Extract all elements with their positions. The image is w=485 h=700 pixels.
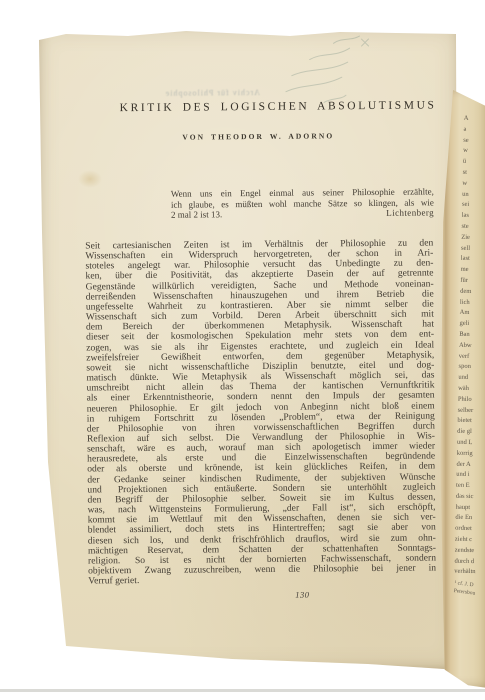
article-author: VON THEODOR W. ADORNO xyxy=(80,130,436,142)
article-body: Seit cartesianischen Zeiten ist im Verhä… xyxy=(85,238,436,586)
book-photo: Archiv für Philosophie KRITIK DES LOGISC… xyxy=(0,0,485,700)
epigraph: Wenn uns ein Engel einmal aus seiner Phi… xyxy=(171,186,434,220)
book-page: Archiv für Philosophie KRITIK DES LOGISC… xyxy=(36,28,458,670)
page-number: 130 xyxy=(124,588,480,601)
next-page-text-fragments: A a se w ü st w un sei las ste Zie sell … xyxy=(454,114,485,579)
epigraph-attribution: Lichtenberg xyxy=(386,208,434,219)
table-edge-line xyxy=(0,689,485,692)
bleedthrough-text: Archiv für Philosophie xyxy=(130,88,260,98)
epigraph-line: 2 mal 2 ist 13. xyxy=(171,209,222,220)
article-title: KRITIK DES LOGISCHEN ABSOLUTISMUS xyxy=(100,99,456,114)
page-content: Archiv für Philosophie KRITIK DES LOGISC… xyxy=(33,26,461,672)
next-page-footnote: ¹ cf. J. D Petersbou xyxy=(453,580,485,599)
